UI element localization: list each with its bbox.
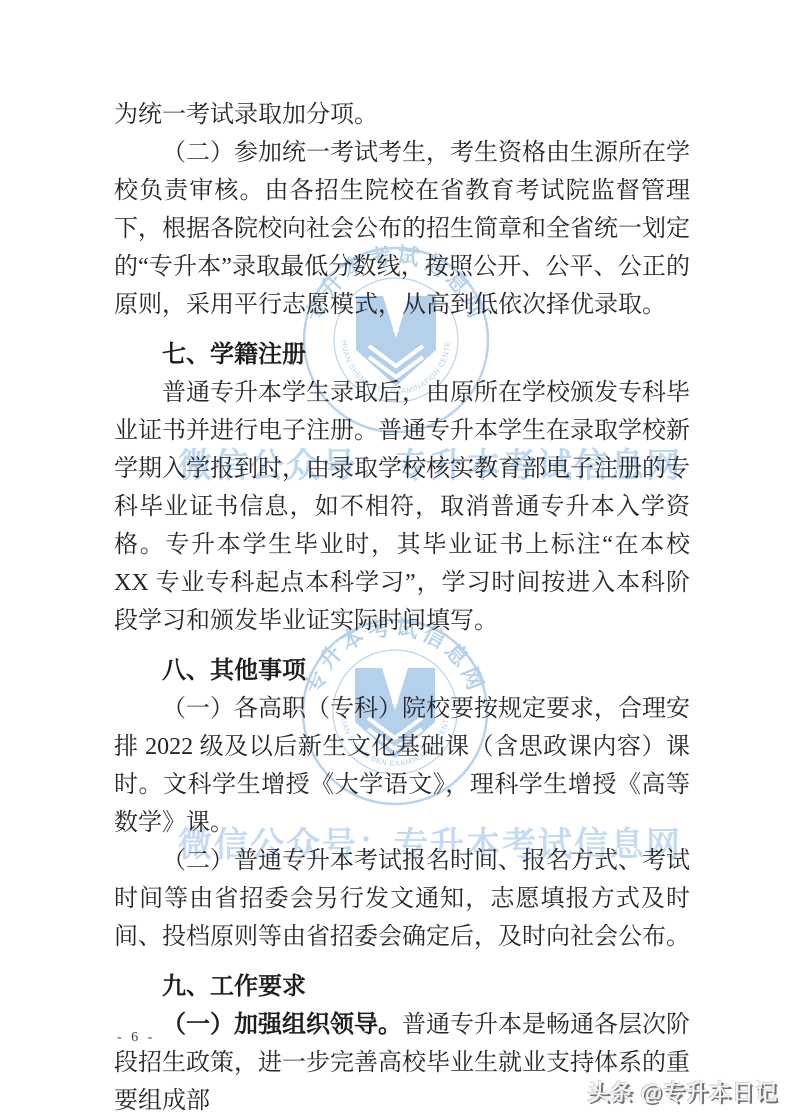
section-heading-9: 九、工作要求 [114,968,690,1006]
page-number: - 6 - [117,1030,155,1046]
section-heading-8: 八、其他事项 [114,652,690,690]
paragraph: （二）普通专升本考试报名时间、报名方式、考试时间等由省招委会另行发文通知，志愿填… [114,842,690,956]
document-body: 为统一考试录取加分项。 （二）参加统一考试考生，考生资格由生源所在学校负责审核。… [114,96,690,1116]
paragraph: 普通专升本学生录取后，由原所在学校颁发专科毕业证书并进行电子注册。普通专升本学生… [114,374,690,640]
paragraph: （一）各高职（专科）院校要按规定要求，合理安排 2022 级及以后新生文化基础课… [114,690,690,842]
paragraph: 为统一考试录取加分项。 [114,96,690,134]
bold-lead-text: （一）加强组织领导。 [162,1011,402,1038]
document-page: 专升本考试信息网 ZHUAN SHENG BEN EXAMINATION CEN… [0,0,790,1116]
section-heading-7: 七、学籍注册 [114,336,690,374]
paragraph: （二）参加统一考试考生，考生资格由生源所在学校负责审核。由各招生院校在省教育考试… [114,134,690,324]
toutiao-credit-watermark: 头条 @专升本日记 [587,1076,778,1107]
